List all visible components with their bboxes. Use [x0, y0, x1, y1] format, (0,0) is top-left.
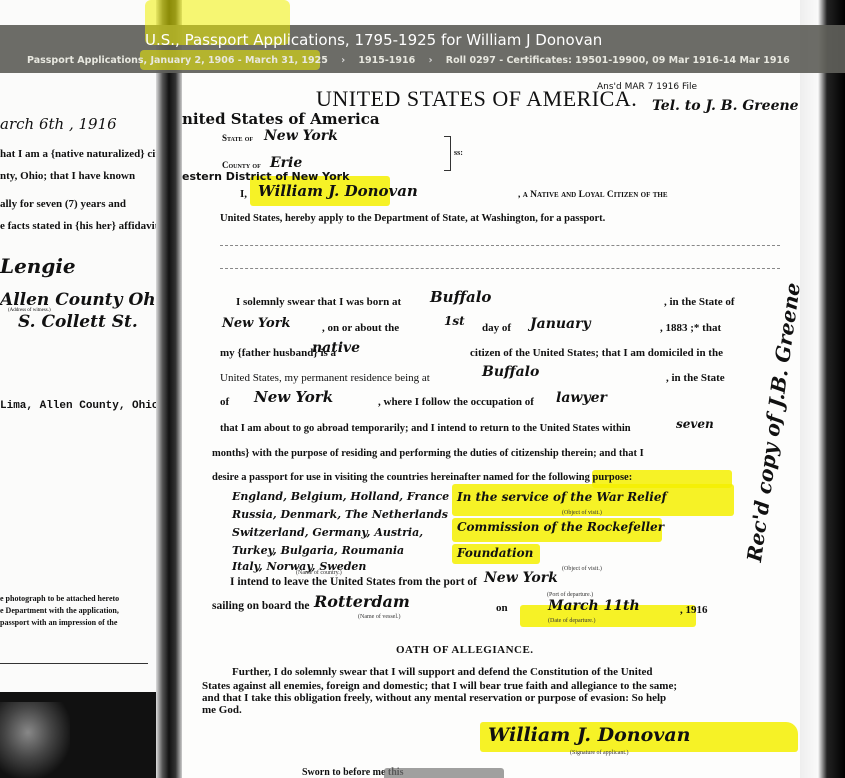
divider: [0, 663, 148, 664]
signature-caption: (Signature of applicant.): [570, 750, 628, 756]
left-line-1: hat I am a {native naturalized} citizen: [0, 148, 158, 160]
port-line: I intend to leave the United States from…: [230, 576, 477, 588]
state-label: State of: [222, 133, 253, 143]
document-viewer[interactable]: arch 6th , 1916 hat I am a {native natur…: [0, 0, 845, 778]
born-day: 1st: [444, 314, 465, 328]
purpose-caption-2: (Object of visit.): [562, 566, 602, 572]
vessel-caption: (Name of vessel.): [358, 614, 400, 620]
oath-line-2: States against all enemies, foreign and …: [202, 680, 677, 692]
witness-street: S. Collett St.: [18, 312, 138, 332]
applicant-signature: William J. Donovan: [488, 724, 690, 746]
witness-county: Allen County Ohio: [0, 290, 158, 310]
return-within: seven: [676, 417, 714, 431]
witness-name: Lengie: [0, 254, 76, 278]
record-header: U.S., Passport Applications, 1795-1925 f…: [0, 25, 845, 73]
in-state: , in the State: [666, 372, 725, 384]
photo-note-1: e photograph to be attached hereto: [0, 594, 119, 603]
oath-line-1: Further, I do solemnly swear that I will…: [232, 666, 652, 678]
applicant-suffix: , a Native and Loyal Citizen of the: [518, 190, 668, 200]
passport-application-page: UNITED STATES OF AMERICA. Ans'd MAR 7 19…: [182, 0, 800, 778]
ss-label: ss:: [454, 148, 463, 157]
on-label: on: [496, 602, 508, 614]
purpose-caption: (Object of visit.): [562, 510, 602, 516]
breadcrumb: Passport Applications, January 2, 1906 -…: [27, 55, 790, 66]
country-line: Switzerland, Germany, Austria,: [232, 526, 423, 539]
applicant-photo: [0, 692, 156, 778]
viewer-toolbar[interactable]: [384, 768, 504, 778]
purpose-line: Commission of the Rockefeller: [457, 520, 664, 534]
breadcrumb-separator: ›: [429, 55, 433, 66]
vessel: Rotterdam: [314, 592, 410, 611]
departure-year: , 1916: [680, 604, 708, 616]
breadcrumb-collection[interactable]: Passport Applications, January 2, 1906 -…: [27, 55, 328, 66]
months-line: months} with the purpose of residing and…: [212, 448, 644, 459]
oath-line-4: me God.: [202, 704, 242, 716]
citizen-text: citizen of the United States; that I am …: [470, 347, 723, 359]
applicant-prefix: I,: [240, 188, 247, 200]
residence-city: Buffalo: [482, 364, 539, 380]
country-line: England, Belgium, Holland, France: [232, 490, 449, 503]
ss-bracket: [444, 136, 451, 171]
purpose-line: Foundation: [457, 546, 533, 560]
blank-line-2: [220, 268, 780, 269]
born-prefix: I solemnly swear that I was born at: [236, 296, 401, 308]
residence-state: New York: [254, 388, 333, 406]
apply-line: United States, hereby apply to the Depar…: [220, 213, 605, 224]
breadcrumb-separator: ›: [341, 55, 345, 66]
occupation-prefix: , where I follow the occupation of: [378, 396, 534, 408]
born-place: Buffalo: [430, 288, 491, 306]
applicant-name: William J. Donovan: [258, 182, 418, 200]
county-value: Erie: [270, 155, 302, 171]
page-edge: [800, 0, 845, 778]
purpose-line: In the service of the War Relief: [457, 490, 667, 504]
born-state-label: , in the State of: [664, 296, 735, 308]
desire-line: desire a passport for use in visiting th…: [212, 472, 632, 483]
photo-note-3: passport with an impression of the: [0, 618, 117, 627]
photo-note-2: e Department with the application,: [0, 606, 119, 615]
book-binding: [156, 0, 182, 778]
port-value: New York: [484, 570, 558, 586]
oath-title: OATH OF ALLEGIANCE.: [396, 644, 534, 656]
left-line-3: ally for seven (7) years and: [0, 198, 126, 210]
born-state: New York: [222, 316, 291, 331]
on-about: , on or about the: [322, 322, 399, 334]
born-year: , 1883 ;* that: [660, 322, 721, 334]
record-title: U.S., Passport Applications, 1795-1925 f…: [145, 31, 602, 49]
breadcrumb-year-range[interactable]: 1915-1916: [358, 55, 415, 66]
left-line-2: nty, Ohio; that I have known: [0, 170, 135, 182]
oath-line-3: and that I take this obligation freely, …: [202, 692, 666, 704]
county-label: County of: [222, 160, 261, 170]
left-page: arch 6th , 1916 hat I am a {native natur…: [0, 0, 158, 778]
abroad-line: that I am about to go abroad temporarily…: [220, 423, 631, 434]
photo-face: [0, 702, 70, 778]
left-date-line: arch 6th , 1916: [0, 115, 117, 133]
day-of: day of: [482, 322, 511, 334]
residence-line: United States, my permanent residence be…: [220, 372, 430, 384]
of-label: of: [220, 396, 229, 408]
location-line: Lima, Allen County, Ohio: [0, 400, 158, 412]
blank-line-1: [220, 245, 780, 246]
country-line: Russia, Denmark, The Netherlands: [232, 508, 448, 521]
subheading: nited States of America: [182, 110, 380, 128]
document-heading: UNITED STATES OF AMERICA.: [316, 86, 637, 112]
margin-note: Rec'd copy of J.B. Greene: [742, 281, 805, 563]
state-value: New York: [264, 128, 338, 144]
date-caption: (Date of departure.): [548, 618, 595, 624]
received-stamp: Ans'd MAR 7 1916 File: [597, 82, 697, 92]
occupation: lawyer: [556, 390, 607, 406]
departure-date: March 11th: [548, 598, 640, 614]
born-month: January: [530, 316, 591, 332]
left-line-4: e facts stated in {his her} affidavit: [0, 220, 158, 232]
country-line: Turkey, Bulgaria, Roumania: [232, 544, 404, 557]
stamp-note: Tel. to J. B. Greene: [652, 98, 799, 114]
father-status: native: [312, 340, 360, 356]
sailing-prefix: sailing on board the: [212, 600, 309, 612]
breadcrumb-roll[interactable]: Roll 0297 - Certificates: 19501-19900, 0…: [446, 55, 790, 66]
